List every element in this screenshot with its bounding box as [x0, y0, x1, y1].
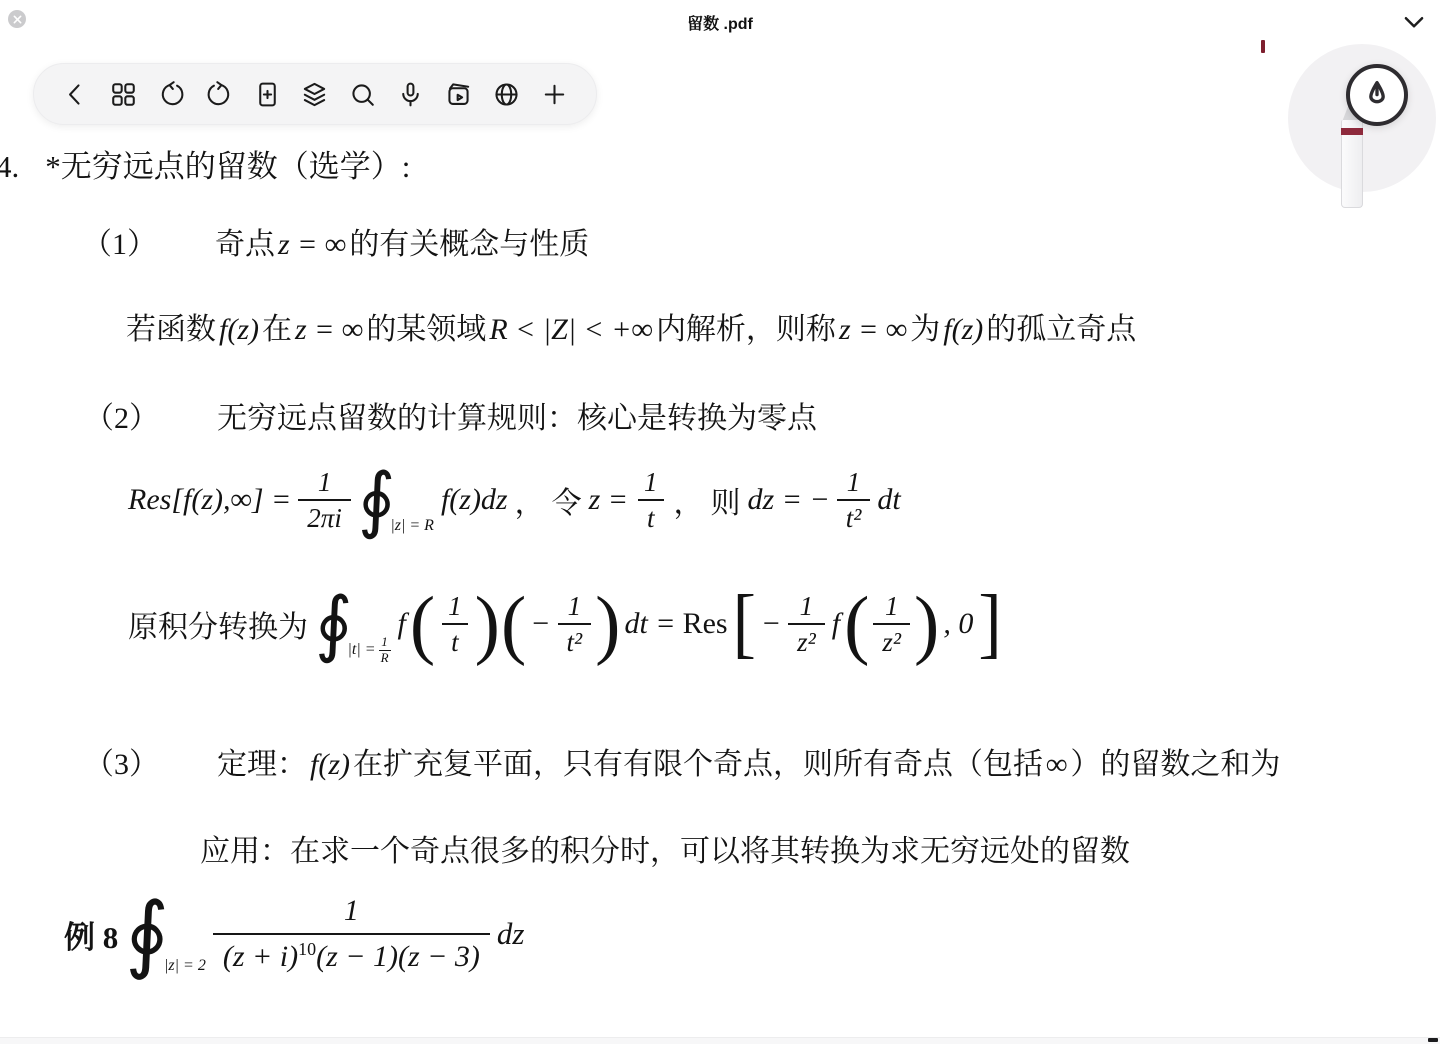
undo-icon[interactable]: [156, 79, 187, 110]
numerator: 1: [309, 467, 341, 499]
limit-fraction: 1 R: [379, 635, 391, 665]
f2-contour-integral: ∮ |t| = 1 R: [315, 593, 391, 654]
application-line: 应用：在求一个奇点很多的积分时，可以将其转换为求无穷远处的留数: [200, 826, 1130, 870]
denominator: z²: [788, 623, 825, 657]
example-8-label: 例 8: [64, 912, 118, 957]
then-word: 则: [711, 478, 741, 522]
minus-sign: −: [761, 607, 781, 641]
f2-f: f: [832, 607, 840, 641]
web-browser-icon[interactable]: [491, 79, 522, 110]
denominator: t: [442, 623, 468, 657]
pen-nib-icon: [1357, 75, 1397, 115]
text-segment: 在扩充复平面，只有有限个奇点，则所有奇点（包括: [353, 748, 1043, 781]
f2-zero: , 0: [943, 607, 973, 641]
heading-text: *无穷远点的留数（选学）:: [45, 141, 410, 186]
f1-dt: dt: [877, 483, 900, 517]
formula-res-infinity: Res[f(z),∞] = 1 2πi ∮ |z| = R f(z)dz ， 令…: [128, 452, 901, 548]
f1-z-eq: z =: [589, 483, 628, 517]
pen-tool-button[interactable]: [1346, 64, 1408, 126]
search-icon[interactable]: [347, 79, 378, 110]
section-1-label: （1）: [82, 219, 157, 263]
stylus-red-band: [1341, 128, 1363, 135]
numerator: 1: [381, 635, 388, 649]
heading-line: 4. *无穷远点的留数（选学）:: [0, 141, 410, 186]
toolbar: [33, 63, 597, 125]
text-segment: 的某领域: [366, 313, 486, 346]
redo-icon[interactable]: [204, 79, 235, 110]
contour-integral-sign: ∮: [125, 898, 169, 969]
integral-limit: |t| = 1 R: [348, 635, 391, 665]
pdf-annotation-app: { "window": { "title": "留数 .pdf" }, "too…: [0, 0, 1440, 1044]
text-segment: f(z): [216, 313, 262, 346]
denominator: t: [638, 499, 664, 533]
bottom-page-edge: [0, 1037, 1440, 1044]
let-word: 令: [552, 478, 582, 522]
add-tab-icon[interactable]: [539, 79, 570, 110]
corner-mark: [1428, 1038, 1438, 1042]
denominator: z²: [873, 623, 910, 657]
text-segment: ）的留数之和为: [1070, 748, 1280, 781]
text-segment: 定理：: [217, 748, 307, 781]
denominator: (z + i)10(z − 1)(z − 3): [213, 933, 490, 975]
text-segment: z = ∞: [836, 313, 910, 346]
minus-sign: −: [530, 607, 550, 641]
den-post: (z − 1)(z − 3): [316, 940, 480, 973]
comma: ，: [515, 478, 545, 522]
text-segment: R < |Z| < +∞: [486, 313, 656, 346]
text-segment: ∞: [1043, 748, 1070, 781]
text-segment: f(z): [307, 748, 353, 781]
f1-integrand: f(z)dz: [441, 483, 508, 517]
e8-big-fraction: 1 (z + i)10(z − 1)(z − 3): [213, 894, 490, 974]
thumbnails-grid-icon[interactable]: [108, 79, 139, 110]
layers-icon[interactable]: [299, 79, 330, 110]
section-2-text: 无穷远点留数的计算规则：核心是转换为零点: [217, 393, 817, 437]
example-8-formula: 例 8 ∮ |z| = 2 1 (z + i)10(z − 1)(z − 3) …: [64, 882, 524, 986]
res-operator: Res: [683, 607, 728, 641]
denominator: t²: [837, 499, 871, 533]
f2-dt-eq: dt =: [624, 607, 675, 641]
numerator: 1: [635, 467, 667, 499]
numerator: 1: [559, 591, 591, 623]
text-segment: f(z): [940, 313, 986, 346]
denominator: t²: [558, 623, 592, 657]
f1-frac-1t2: 1 t²: [837, 467, 871, 533]
analytic-definition-line: 若函数f(z)在z = ∞的某领域R < |Z| < +∞内解析，则称z = ∞…: [126, 304, 1136, 348]
integral-limit: |z| = 2: [164, 957, 206, 975]
f1-contour-integral: ∮ |z| = R: [358, 469, 434, 530]
limit-prefix: |t| =: [348, 641, 376, 659]
title-bar: 留数 .pdf: [0, 0, 1440, 42]
numerator: 1: [838, 467, 870, 499]
text-segment: 在: [262, 313, 292, 346]
denominator: R: [379, 650, 391, 665]
f2-frac-1z2: 1 z²: [788, 591, 825, 657]
formula-transformed-integral: 原积分转换为 ∮ |t| = 1 R f ( 1 t ) ( − 1 t² ) …: [128, 574, 1000, 674]
text-segment: 的有关概念与性质: [349, 228, 589, 261]
section-3-line: （3） 定理：f(z)在扩充复平面，只有有限个奇点，则所有奇点（包括∞）的留数之…: [84, 739, 1280, 783]
f1-frac-2pii: 1 2πi: [298, 467, 351, 533]
text-segment: 的孤立奇点: [986, 313, 1136, 346]
section-2-line: （2） 无穷远点留数的计算规则：核心是转换为零点: [84, 393, 817, 437]
analytic-definition-text: 若函数f(z)在z = ∞的某领域R < |Z| < +∞内解析，则称z = ∞…: [126, 304, 1136, 348]
den-pre: (z + i): [223, 940, 298, 973]
f2-frac-1t: 1 t: [439, 591, 471, 657]
text-segment: 为: [910, 313, 940, 346]
e8-dz: dz: [497, 916, 525, 952]
application-text: 应用：在求一个奇点很多的积分时，可以将其转换为求无穷远处的留数: [200, 826, 1130, 870]
e8-contour-integral: ∮ |z| = 2: [125, 898, 206, 969]
text-segment: z = ∞: [292, 313, 366, 346]
section-3-text: 定理：f(z)在扩充复平面，只有有限个奇点，则所有奇点（包括∞）的留数之和为: [217, 739, 1280, 783]
section-1-text: 奇点z = ∞的有关概念与性质: [215, 219, 589, 263]
text-segment: 若函数: [126, 313, 216, 346]
chevron-down-icon[interactable]: [1400, 8, 1428, 36]
section-3-label: （3）: [84, 739, 159, 783]
numerator: 1: [791, 591, 823, 623]
numerator: 1: [439, 591, 471, 623]
section-1-line: （1） 奇点z = ∞的有关概念与性质: [82, 219, 589, 263]
f2-lead-text: 原积分转换为: [128, 602, 308, 646]
f2-frac-1z2-arg: 1 z²: [873, 591, 910, 657]
f1-dz-eq: dz = −: [748, 483, 830, 517]
numerator: 1: [876, 591, 908, 623]
media-stickers-icon[interactable]: [443, 79, 474, 110]
text-segment: 内解析，则称: [656, 313, 836, 346]
f2-f: f: [398, 607, 406, 641]
back-icon[interactable]: [60, 79, 91, 110]
heading-number: 4.: [0, 149, 19, 185]
text-segment: 奇点: [215, 228, 275, 261]
numerator: 1: [334, 894, 369, 933]
integral-limit: |z| = R: [390, 517, 434, 535]
comma: ，: [674, 478, 704, 522]
f1-frac-1t: 1 t: [635, 467, 667, 533]
text-segment: z = ∞: [275, 228, 349, 261]
den-exponent: 10: [298, 939, 316, 959]
pen-tip-mark: [1261, 40, 1265, 53]
section-2-label: （2）: [84, 393, 159, 437]
f1-lhs: Res[f(z),∞] =: [128, 483, 291, 517]
add-page-icon[interactable]: [252, 79, 283, 110]
denominator: 2πi: [298, 499, 351, 533]
document-title: 留数 .pdf: [0, 11, 1440, 34]
f2-frac-1t2: 1 t²: [558, 591, 592, 657]
record-audio-icon[interactable]: [395, 79, 426, 110]
